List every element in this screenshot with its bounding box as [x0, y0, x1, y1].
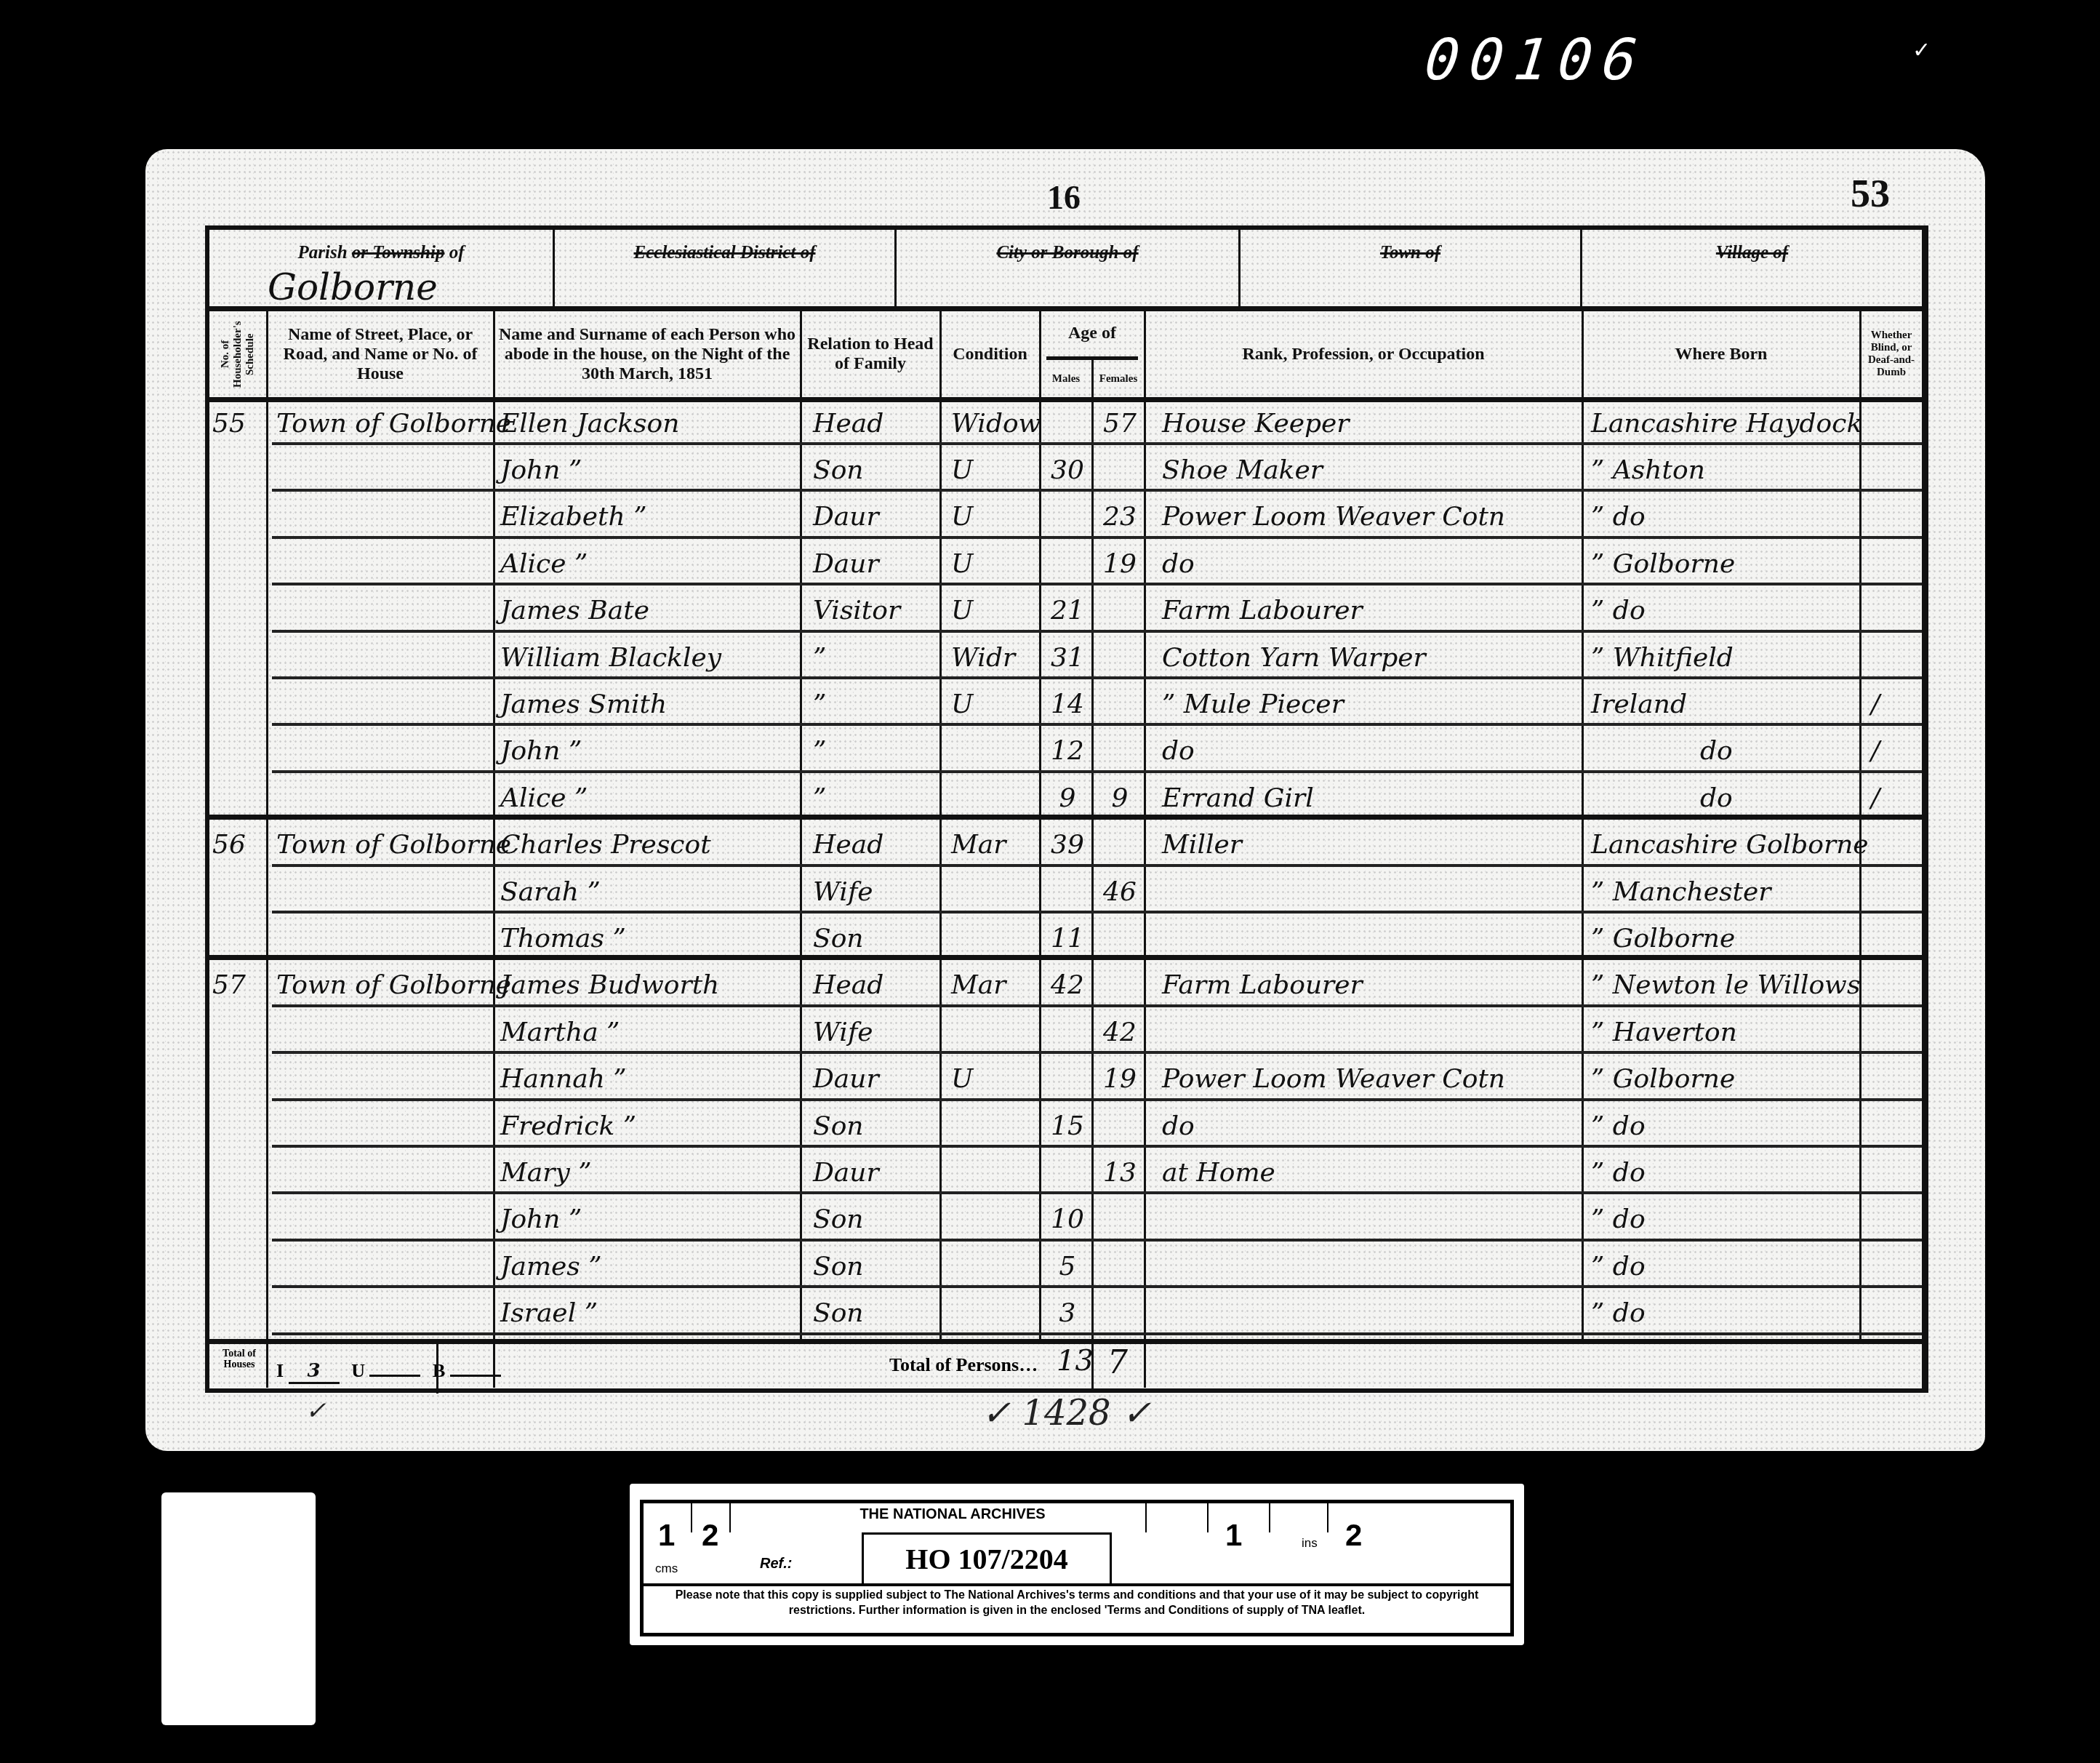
person-name: John ”	[500, 452, 798, 488]
street-address	[276, 1202, 491, 1238]
male-age: 14	[1046, 686, 1089, 722]
condition	[951, 873, 1038, 910]
parish-value: Golborne	[268, 266, 438, 308]
street-address	[276, 1248, 491, 1284]
person-name: William Blackley	[500, 639, 798, 676]
occupation: do	[1162, 545, 1580, 582]
city-cell: City or Borough of	[897, 230, 1241, 306]
totals-row: Total of Houses I 3 U B Total of Persons…	[209, 1339, 1922, 1394]
census-row: Martha ”Wife42” Haverton	[209, 1011, 1922, 1054]
occupation	[1162, 920, 1580, 956]
schedule-number	[212, 1061, 263, 1098]
relation: Son	[813, 920, 937, 956]
village-label: Village of	[1582, 243, 1922, 263]
female-age	[1098, 639, 1142, 676]
occupation: Power Loom Weaver Cotn	[1162, 499, 1580, 535]
blind-deaf	[1871, 545, 1922, 582]
census-row: 57Town of GolborneJames BudworthHeadMar4…	[209, 964, 1922, 1007]
inhabited-value: 3	[289, 1360, 340, 1384]
male-age: 3	[1046, 1295, 1089, 1332]
ref-label: Ref.:	[760, 1556, 792, 1572]
census-row: James BateVisitorU21Farm Labourer” do	[209, 590, 1922, 633]
census-row: Alice ””99Errand Girldo/	[209, 777, 1922, 820]
relation: Daur	[813, 499, 937, 535]
calibration-card	[161, 1492, 316, 1725]
occupation: Power Loom Weaver Cotn	[1162, 1061, 1580, 1098]
street-address	[276, 686, 491, 722]
male-age	[1046, 873, 1089, 910]
birthplace: ” Ashton	[1591, 452, 1856, 488]
blind-deaf	[1871, 593, 1922, 629]
occupation: Farm Labourer	[1162, 967, 1580, 1004]
blind-deaf	[1871, 1014, 1922, 1050]
census-row: Israel ”Son3” do	[209, 1292, 1922, 1335]
condition: U	[951, 1061, 1038, 1098]
relation: Head	[813, 405, 937, 441]
person-name: Mary ”	[500, 1154, 798, 1191]
blind-deaf	[1871, 1154, 1922, 1191]
blind-deaf	[1871, 920, 1922, 956]
condition	[951, 1014, 1038, 1050]
condition	[951, 1108, 1038, 1144]
street-address	[276, 1154, 491, 1191]
street-address	[276, 593, 491, 629]
person-name: Sarah ”	[500, 873, 798, 910]
col-females: Females	[1093, 362, 1144, 396]
schedule-number	[212, 545, 263, 582]
street-address	[276, 1061, 491, 1098]
birthplace: ” do	[1591, 1202, 1856, 1238]
occupation: Miller	[1162, 827, 1580, 863]
census-row: John ””12dodo/	[209, 730, 1922, 773]
condition	[951, 780, 1038, 816]
census-row: Fredrick ”Son15do” do	[209, 1105, 1922, 1148]
condition	[951, 1295, 1038, 1332]
col-blind-deaf: Whether Blind, or Deaf-and-Dumb	[1861, 311, 1922, 397]
houses-iub: I 3 U B	[276, 1360, 508, 1384]
census-row: John ”SonU30Shoe Maker” Ashton	[209, 449, 1922, 492]
female-age	[1098, 920, 1142, 956]
street-address	[276, 733, 491, 769]
census-row: William Blackley”Widr31Cotton Yarn Warpe…	[209, 636, 1922, 679]
census-row: 55Town of GolborneEllen JacksonHeadWidow…	[209, 402, 1922, 445]
microfilm-frame-number: 00106	[1422, 28, 1650, 93]
building-value	[450, 1375, 501, 1377]
occupation: Cotton Yarn Warper	[1162, 639, 1580, 676]
census-row: James ”Son5” do	[209, 1245, 1922, 1288]
birthplace: ” do	[1591, 1295, 1856, 1332]
street-address: Town of Golborne	[276, 827, 491, 863]
document-reference: HO 107/2204	[862, 1532, 1112, 1584]
corner-tick-mark: ✓	[1912, 38, 1931, 63]
relation: ”	[813, 639, 937, 676]
census-row: Mary ”Daur13at Home” do	[209, 1151, 1922, 1194]
schedule-number	[212, 780, 263, 816]
birthplace: ” Newton le Willows	[1591, 967, 1856, 1004]
col-occupation: Rank, Profession, or Occupation	[1145, 311, 1582, 397]
tna-title: THE NATIONAL ARCHIVES	[854, 1506, 1051, 1523]
male-age: 30	[1046, 452, 1089, 488]
relation: Son	[813, 1108, 937, 1144]
female-age: 42	[1098, 1014, 1142, 1050]
condition	[951, 1154, 1038, 1191]
person-name: James Budworth	[500, 967, 798, 1004]
birthplace: ” do	[1591, 593, 1856, 629]
condition	[951, 733, 1038, 769]
blind-deaf	[1871, 967, 1922, 1004]
female-age	[1098, 1295, 1142, 1332]
female-age	[1098, 686, 1142, 722]
folio-number-right: 53	[1851, 171, 1890, 216]
ins-label: ins	[1302, 1536, 1318, 1551]
occupation	[1162, 1295, 1580, 1332]
person-name: Thomas ”	[500, 920, 798, 956]
male-age: 10	[1046, 1202, 1089, 1238]
schedule-number	[212, 499, 263, 535]
street-address: Town of Golborne	[276, 967, 491, 1004]
birthplace: Ireland	[1591, 686, 1856, 722]
village-cell: Village of	[1582, 230, 1922, 306]
male-age: 9	[1046, 780, 1089, 816]
col-name: Name and Surname of each Person who abod…	[494, 311, 800, 397]
occupation: do	[1162, 1108, 1580, 1144]
uninhabited-label: U	[351, 1360, 365, 1381]
ecclesiastical-label: Ecclesiastical District of	[555, 243, 894, 263]
total-houses-label: Total of Houses	[214, 1348, 265, 1370]
person-name: Martha ”	[500, 1014, 798, 1050]
person-name: Israel ”	[500, 1295, 798, 1332]
schedule-number: 57	[212, 967, 263, 1004]
female-age	[1098, 967, 1142, 1004]
schedule-number	[212, 1202, 263, 1238]
male-age: 42	[1046, 967, 1089, 1004]
relation: ”	[813, 686, 937, 722]
township-label-struck: or Township	[352, 243, 445, 263]
street-address	[276, 1295, 491, 1332]
street-address	[276, 499, 491, 535]
street-address	[276, 873, 491, 910]
relation: ”	[813, 733, 937, 769]
total-females: 7	[1107, 1344, 1128, 1381]
occupation: Shoe Maker	[1162, 452, 1580, 488]
tally-note: ✓ 1428 ✓	[982, 1393, 1151, 1434]
person-name: Charles Prescot	[500, 827, 798, 863]
female-age	[1098, 1202, 1142, 1238]
census-row: Thomas ”Son11” Golborne	[209, 917, 1922, 960]
relation: Son	[813, 1202, 937, 1238]
birthplace: Lancashire Haydock	[1591, 405, 1856, 441]
person-name: Hannah ”	[500, 1061, 798, 1098]
male-age	[1046, 1014, 1089, 1050]
schedule-number	[212, 686, 263, 722]
birthplace: ” do	[1591, 499, 1856, 535]
parish-label-of: of	[449, 243, 465, 263]
schedule-number: 56	[212, 827, 263, 863]
ins-1: 1	[1225, 1518, 1242, 1553]
condition: U	[951, 593, 1038, 629]
birthplace: ” Golborne	[1591, 920, 1856, 956]
male-age: 11	[1046, 920, 1089, 956]
town-label: Town of	[1241, 243, 1580, 263]
condition: Widr	[951, 639, 1038, 676]
relation: Son	[813, 452, 937, 488]
female-age: 23	[1098, 499, 1142, 535]
street-address	[276, 920, 491, 956]
person-name: James ”	[500, 1248, 798, 1284]
blind-deaf	[1871, 1108, 1922, 1144]
street-address	[276, 1014, 491, 1050]
blind-deaf: /	[1871, 686, 1922, 722]
relation: Head	[813, 827, 937, 863]
col-schedule: No. of Householder's Schedule	[209, 311, 266, 397]
occupation: ” Mule Piecer	[1162, 686, 1580, 722]
street-address	[276, 545, 491, 582]
person-name: James Bate	[500, 593, 798, 629]
occupation: House Keeper	[1162, 405, 1580, 441]
schedule-number	[212, 920, 263, 956]
folio-number-center: 16	[1047, 178, 1081, 217]
census-row: John ”Son10” do	[209, 1199, 1922, 1242]
relation: Wife	[813, 1014, 937, 1050]
district-header: Parish or Township of Golborne Ecclesias…	[209, 230, 1922, 311]
relation: Son	[813, 1295, 937, 1332]
female-age	[1098, 1248, 1142, 1284]
tna-reference-label: 1 cms 2 Ref.: THE NATIONAL ARCHIVES HO 1…	[630, 1484, 1524, 1645]
census-row: James Smith”U14” Mule PiecerIreland/	[209, 683, 1922, 726]
condition	[951, 920, 1038, 956]
condition: Mar	[951, 827, 1038, 863]
male-age	[1046, 545, 1089, 582]
male-age	[1046, 1061, 1089, 1098]
birthplace: ” Golborne	[1591, 1061, 1856, 1098]
relation: Visitor	[813, 593, 937, 629]
schedule-number	[212, 733, 263, 769]
col-relation: Relation to Head of Family	[801, 311, 939, 397]
male-age: 21	[1046, 593, 1089, 629]
occupation: do	[1162, 733, 1580, 769]
check-mark: ✓	[305, 1396, 326, 1426]
schedule-number	[212, 873, 263, 910]
street-address	[276, 452, 491, 488]
uninhabited-value	[369, 1375, 420, 1377]
total-males: 13	[1057, 1344, 1094, 1378]
col-males: Males	[1041, 362, 1091, 396]
person-name: John ”	[500, 733, 798, 769]
schedule-number	[212, 1295, 263, 1332]
relation: Head	[813, 967, 937, 1004]
person-name: Alice ”	[500, 545, 798, 582]
col-condition: Condition	[941, 311, 1039, 397]
condition: U	[951, 545, 1038, 582]
female-age: 19	[1098, 1061, 1142, 1098]
birthplace: ” do	[1591, 1108, 1856, 1144]
condition: U	[951, 499, 1038, 535]
male-age	[1046, 499, 1089, 535]
town-cell: Town of	[1241, 230, 1582, 306]
female-age	[1098, 452, 1142, 488]
street-address: Town of Golborne	[276, 405, 491, 441]
relation: Daur	[813, 1154, 937, 1191]
occupation	[1162, 1202, 1580, 1238]
relation: ”	[813, 780, 937, 816]
schedule-number	[212, 639, 263, 676]
blind-deaf: /	[1871, 780, 1922, 816]
street-address	[276, 639, 491, 676]
birthplace: ” do	[1591, 1248, 1856, 1284]
blind-deaf	[1871, 1202, 1922, 1238]
person-name: Elizabeth ”	[500, 499, 798, 535]
total-persons-label: Total of Persons…	[889, 1354, 1038, 1376]
schedule-number	[212, 1108, 263, 1144]
birthplace: ” Haverton	[1591, 1014, 1856, 1050]
person-name: Ellen Jackson	[500, 405, 798, 441]
person-name: John ”	[500, 1202, 798, 1238]
col-where-born: Where Born	[1583, 311, 1859, 397]
female-age	[1098, 827, 1142, 863]
relation: Son	[813, 1248, 937, 1284]
schedule-number	[212, 1248, 263, 1284]
female-age: 19	[1098, 545, 1142, 582]
occupation	[1162, 1014, 1580, 1050]
condition	[951, 1248, 1038, 1284]
blind-deaf	[1871, 499, 1922, 535]
street-address	[276, 780, 491, 816]
blind-deaf	[1871, 452, 1922, 488]
blind-deaf	[1871, 1061, 1922, 1098]
female-age: 9	[1098, 780, 1142, 816]
occupation: at Home	[1162, 1154, 1580, 1191]
cms-2: 2	[702, 1518, 718, 1553]
schedule-number	[212, 452, 263, 488]
parish-label: Parish	[297, 243, 347, 263]
building-label: B	[433, 1360, 445, 1381]
col-age-of: Age of	[1041, 311, 1144, 355]
birthplace: ” Golborne	[1591, 545, 1856, 582]
schedule-number	[212, 593, 263, 629]
blind-deaf	[1871, 405, 1922, 441]
cms-label: cms	[655, 1562, 678, 1576]
column-headers: No. of Householder's Schedule Name of St…	[209, 311, 1922, 402]
condition: U	[951, 452, 1038, 488]
person-name: James Smith	[500, 686, 798, 722]
occupation: Farm Labourer	[1162, 593, 1580, 629]
ins-2: 2	[1345, 1518, 1362, 1553]
schedule-number	[212, 1014, 263, 1050]
female-age: 13	[1098, 1154, 1142, 1191]
ecclesiastical-cell: Ecclesiastical District of	[555, 230, 897, 306]
census-row: Sarah ”Wife46” Manchester	[209, 871, 1922, 914]
census-row: Elizabeth ”DaurU23Power Loom Weaver Cotn…	[209, 496, 1922, 539]
condition: Mar	[951, 967, 1038, 1004]
blind-deaf	[1871, 873, 1922, 910]
female-age	[1098, 733, 1142, 769]
census-row: Alice ”DaurU19do” Golborne	[209, 543, 1922, 585]
blind-deaf	[1871, 1248, 1922, 1284]
birthplace: ” Whitfield	[1591, 639, 1856, 676]
copyright-notice: Please note that this copy is supplied s…	[644, 1588, 1510, 1618]
occupation	[1162, 1248, 1580, 1284]
male-age	[1046, 1154, 1089, 1191]
female-age	[1098, 1108, 1142, 1144]
blind-deaf	[1871, 1295, 1922, 1332]
birthplace: Lancashire Golborne	[1591, 827, 1856, 863]
schedule-number	[212, 1154, 263, 1191]
occupation	[1162, 873, 1580, 910]
blind-deaf	[1871, 827, 1922, 863]
schedule-number: 55	[212, 405, 263, 441]
relation: Daur	[813, 545, 937, 582]
census-row: 56Town of GolborneCharles PrescotHeadMar…	[209, 824, 1922, 867]
street-address	[276, 1108, 491, 1144]
male-age: 5	[1046, 1248, 1089, 1284]
female-age	[1098, 593, 1142, 629]
census-row: Hannah ”DaurU19Power Loom Weaver Cotn” G…	[209, 1058, 1922, 1101]
birthplace: ” Manchester	[1591, 873, 1856, 910]
relation: Daur	[813, 1061, 937, 1098]
cms-1: 1	[658, 1518, 675, 1553]
inhabited-label: I	[276, 1360, 284, 1381]
condition: U	[951, 686, 1038, 722]
male-age	[1046, 405, 1089, 441]
parish-cell: Parish or Township of Golborne	[209, 230, 555, 306]
blind-deaf: /	[1871, 733, 1922, 769]
male-age: 12	[1046, 733, 1089, 769]
occupation: Errand Girl	[1162, 780, 1580, 816]
male-age: 15	[1046, 1108, 1089, 1144]
person-name: Alice ”	[500, 780, 798, 816]
female-age: 46	[1098, 873, 1142, 910]
male-age: 39	[1046, 827, 1089, 863]
female-age: 57	[1098, 405, 1142, 441]
birthplace: ” do	[1591, 1154, 1856, 1191]
person-name: Fredrick ”	[500, 1108, 798, 1144]
relation: Wife	[813, 873, 937, 910]
blind-deaf	[1871, 639, 1922, 676]
census-form: Parish or Township of Golborne Ecclesias…	[205, 225, 1928, 1393]
male-age: 31	[1046, 639, 1089, 676]
condition	[951, 1202, 1038, 1238]
col-street: Name of Street, Place, or Road, and Name…	[268, 311, 493, 397]
city-borough-label: City or Borough of	[897, 243, 1238, 263]
condition: Widow	[951, 405, 1038, 441]
